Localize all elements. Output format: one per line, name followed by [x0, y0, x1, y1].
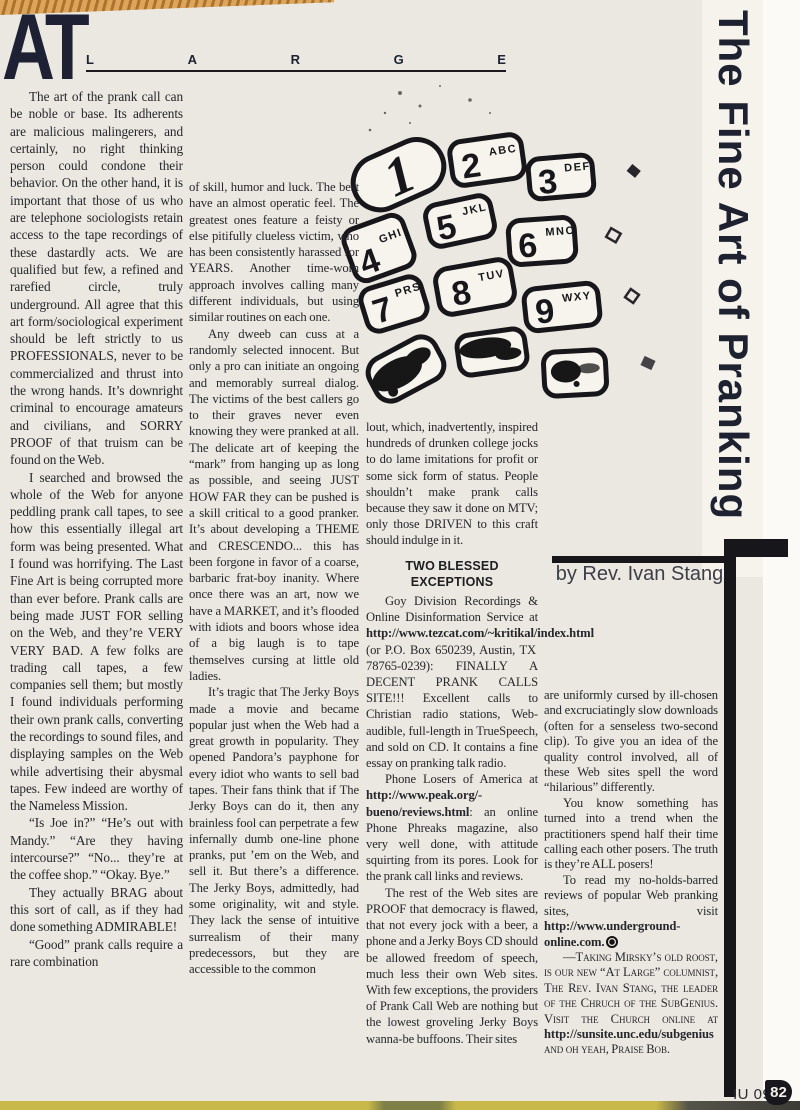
keypad-key-5: 5 JKL	[423, 194, 497, 251]
article-paragraph: —Taking Mirsky’s old roost, is our new “…	[544, 950, 718, 1058]
article-paragraph: Goy Division Recordings & Online Disinfo…	[366, 593, 538, 771]
ink-specks	[369, 85, 491, 131]
keypad-key-2: 2 ABC	[448, 133, 526, 188]
keypad-key-smudged	[363, 331, 450, 406]
page-title-vertical: The Fine Art of Pranking	[703, 0, 763, 577]
article-paragraph: The rest of the Web sites are PROOF that…	[366, 885, 538, 1047]
keypad-key-8: 8 TUV	[434, 258, 517, 316]
article-paragraph: Any dweeb can cuss at a randomly selecte…	[189, 326, 359, 685]
vertical-rule-bar	[724, 539, 736, 1097]
article-paragraph: lout, which, inadvertently, inspired hun…	[366, 419, 538, 549]
article-column-4: are uniformly cursed by ill-chosen and e…	[544, 688, 718, 1058]
article-paragraph: The art of the prank call can be noble o…	[10, 88, 183, 469]
article-paragraph: “Good” prank calls require a rare combin…	[10, 936, 183, 971]
keypad-key-smudged	[543, 349, 607, 396]
section-heading: TWO BLESSED EXCEPTIONS	[366, 558, 538, 590]
scan-edge-band	[0, 0, 334, 15]
masthead-letter: R	[291, 52, 300, 67]
masthead-letter: L	[86, 52, 94, 67]
masthead-letter: A	[188, 52, 197, 67]
svg-text:DEF: DEF	[564, 160, 591, 174]
masthead-large-word: L A R G E	[86, 52, 506, 72]
keypad-key-smudged	[456, 327, 529, 376]
article-column-3: lout, which, inadvertently, inspired hun…	[366, 419, 538, 1047]
article-paragraph: It’s tragic that The Jerky Boys made a m…	[189, 684, 359, 977]
article-column-2: of skill, humor and luck. The best have …	[189, 179, 359, 978]
keypad-key-9: 9 WXY	[523, 282, 601, 332]
article-paragraph: Phone Losers of America at http://www.pe…	[366, 771, 538, 884]
byline-rule	[552, 556, 727, 563]
svg-text:6: 6	[517, 226, 539, 265]
svg-text:MNO: MNO	[545, 225, 576, 239]
article-column-1: The art of the prank call can be noble o…	[10, 88, 183, 970]
article-paragraph: You know something has turned into a tre…	[544, 796, 718, 873]
byline: by Rev. Ivan Stang	[552, 563, 727, 586]
article-paragraph: They actually BRAG about this sort of ca…	[10, 884, 183, 936]
article-paragraph: To read my no-holds-barred reviews of po…	[544, 873, 718, 950]
keypad-key-6: 6 MNO	[508, 217, 578, 267]
end-of-article-icon	[606, 936, 618, 948]
masthead-letter: E	[497, 52, 506, 67]
scan-edge-bottom-strip	[0, 1101, 800, 1110]
keypad-key-3: 3 DEF	[527, 154, 595, 202]
article-paragraph: are uniformly cursed by ill-chosen and e…	[544, 688, 718, 796]
article-paragraph: “Is Joe in?” “He’s out with Mandy.” “Are…	[10, 814, 183, 883]
phone-keypad-illustration: 1 2 ABC 3 DEF 4 GHI 5 JKL 6 MNO	[340, 78, 670, 418]
svg-text:9: 9	[533, 292, 556, 332]
masthead-letter: G	[394, 52, 404, 67]
article-paragraph: I searched and browsed the whole of the …	[10, 469, 183, 815]
diamond-icon	[606, 164, 655, 370]
svg-text:3: 3	[537, 162, 559, 202]
article-paragraph: of skill, humor and luck. The best have …	[189, 179, 359, 326]
title-corner-block	[727, 539, 788, 557]
